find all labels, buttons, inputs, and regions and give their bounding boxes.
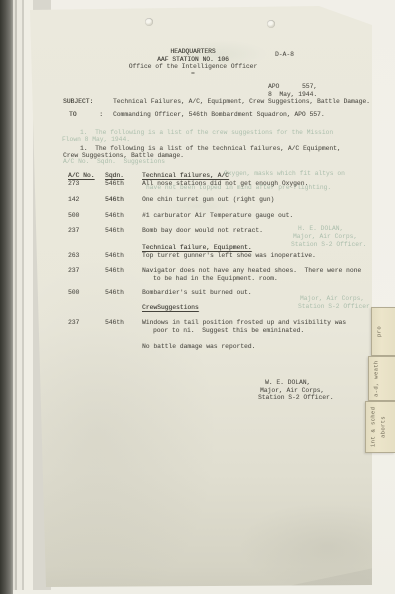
ghost-table-header: A/C No. Sqdn. Suggestions — [63, 158, 165, 166]
side-tab-weather-label: a-d, weath — [371, 357, 381, 400]
side-tab-int-sched-label: int & sched — [368, 402, 378, 452]
underline-mark: = — [191, 70, 195, 78]
apo-line: APO 557, — [268, 83, 317, 91]
ghost-signature-title: Station S-2 Officer. — [291, 241, 367, 249]
column-ac-no: A/C No. — [68, 172, 94, 180]
column-sqdn: Sqdn. — [105, 172, 124, 180]
ghost-paragraph-line2: Flown 8 May, 1944. — [62, 136, 130, 144]
subject-text: Technical Failures, A/C, Equipment, Crew… — [113, 98, 370, 106]
to-label: TO : — [69, 111, 103, 119]
scanner-edge — [0, 0, 13, 594]
punch-hole — [267, 20, 275, 28]
side-tab-aborts-label: aborts — [378, 402, 388, 452]
battle-damage-note: No battle damage was reported. — [142, 343, 255, 351]
section-heading-crew-suggestions: CrewSuggestions — [142, 304, 199, 312]
table-row-continuation: to be had in the Equipment. room. — [153, 275, 278, 283]
ghost-signature-rank: Major, Air Corps, — [293, 233, 357, 241]
side-tab-pro-label: pro — [374, 308, 384, 355]
to-text: Commanding Officer, 546th Bombardment Sq… — [113, 111, 325, 119]
table-row-continuation: poor to ni. Suggest this be emininated. — [153, 327, 304, 335]
signature-title: Station S-2 Officer. — [258, 394, 334, 402]
table-row: 237 546th Windows in tail position frost… — [28, 319, 372, 327]
paragraph-line1: 1. The following is a list of the techni… — [80, 145, 341, 153]
memo-page: HEADQUARTERS AAF STATION NO. 106 Office … — [28, 6, 374, 590]
letterhead-line2: AAF STATION NO. 106 — [28, 56, 372, 64]
section-heading-equipment: Technical failure, Equipment. — [142, 244, 252, 252]
ghost-oxygen-line1: Oxygen, masks which fit altys on — [224, 170, 345, 178]
subject-label: SUBJECT: — [63, 98, 93, 106]
date-line: 8 May, 1944. — [268, 91, 317, 99]
signature-rank: Major, Air Corps, — [260, 387, 324, 395]
scanned-document: HEADQUARTERS AAF STATION NO. 106 Office … — [0, 0, 395, 594]
ghost-signature-name: H. E. DOLAN, — [298, 225, 343, 233]
side-tab-weather: a-d, weath — [368, 356, 395, 401]
signature-name: W. E. DOLAN, — [265, 379, 310, 387]
ghost-signature2-title: Station S-2 Officer. — [298, 303, 374, 311]
doc-reference: D-A-8 — [275, 51, 294, 59]
punch-hole — [145, 18, 153, 26]
table-row: 273 546th All nose stations did not get … — [28, 180, 372, 188]
side-tab-int-sched: int & sched aborts — [365, 401, 395, 453]
table-row: 237 546th Navigator does not have any he… — [28, 267, 372, 275]
column-failures: Technical failures, A/C — [142, 172, 229, 180]
table-row: 142 546th One chin turret gun out (right… — [28, 196, 372, 204]
side-tab-pro: pro — [371, 307, 395, 356]
letterhead-line3: Office of the Intelligence Officer — [28, 63, 372, 71]
table-row: 500 546th #1 carburator Air Temperature … — [28, 212, 372, 220]
letterhead-line1: HEADQUARTERS — [28, 48, 372, 56]
ghost-paragraph-line1: 1. The following is a list of the crew s… — [80, 129, 333, 137]
page-corner-fold — [279, 568, 374, 588]
table-row: 263 546th Top turret gunner's left shoe … — [28, 252, 372, 260]
ghost-signature2-rank: Major, Air Corps, — [300, 295, 364, 303]
